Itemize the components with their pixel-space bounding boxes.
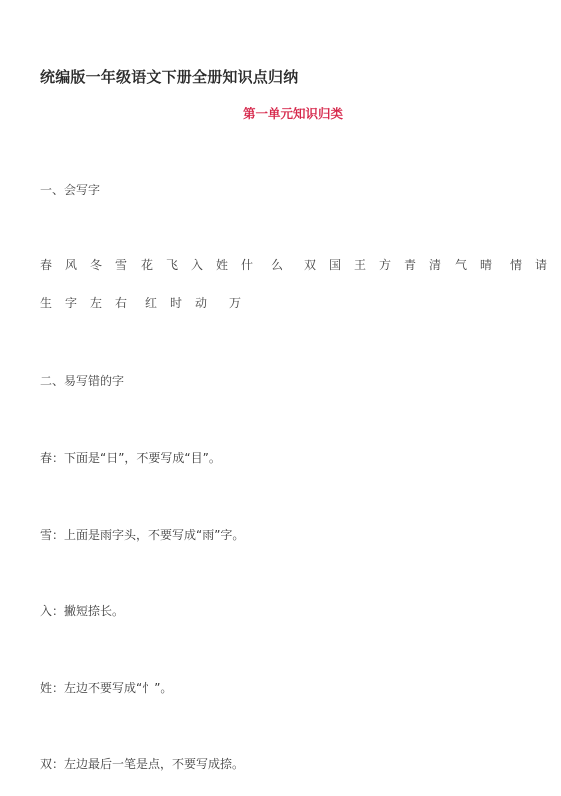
- character-item: 姓: [216, 257, 228, 273]
- character-item: 双: [304, 257, 316, 273]
- character-item: 冬: [90, 257, 102, 273]
- section-heading-writing-characters: 一、会写字: [40, 181, 100, 198]
- character-item: 花: [141, 257, 153, 273]
- character-item: 请: [535, 257, 547, 273]
- character-item: 红: [145, 295, 157, 311]
- note-ru: 入：撇短捺长。: [40, 602, 124, 619]
- note-chun: 春：下面是“日”，不要写成“目”。: [40, 449, 221, 466]
- character-row-1: 春风冬雪花飞入姓什么双国王方青清气晴情请: [0, 257, 561, 273]
- character-item: 雪: [115, 257, 127, 273]
- character-item: 春: [40, 257, 52, 273]
- character-item: 生: [40, 295, 52, 311]
- character-item: 时: [170, 295, 182, 311]
- character-row-2: 生字左右红时动万: [0, 295, 561, 311]
- character-item: 么: [271, 257, 283, 273]
- character-item: 方: [379, 257, 391, 273]
- section-heading-error-prone-characters: 二、易写错的字: [40, 372, 124, 389]
- note-shuang: 双：左边最后一笔是点，不要写成捺。: [40, 755, 244, 772]
- character-item: 情: [510, 257, 522, 273]
- character-item: 清: [429, 257, 441, 273]
- character-item: 青: [404, 257, 416, 273]
- character-item: 右: [115, 295, 127, 311]
- character-item: 风: [65, 257, 77, 273]
- character-item: 王: [354, 257, 366, 273]
- character-item: 国: [329, 257, 341, 273]
- character-item: 左: [90, 295, 102, 311]
- unit-title: 第一单元知识归类: [0, 104, 561, 122]
- character-item: 动: [195, 295, 207, 311]
- note-xing: 姓：左边不要写成“忄”。: [40, 679, 172, 696]
- character-item: 万: [229, 295, 241, 311]
- note-xue: 雪：上面是雨字头，不要写成“雨”字。: [40, 526, 244, 543]
- character-item: 入: [191, 257, 203, 273]
- character-item: 气: [455, 257, 467, 273]
- character-item: 晴: [480, 257, 492, 273]
- character-item: 飞: [166, 257, 178, 273]
- document-title: 统编版一年级语文下册全册知识点归纳: [40, 66, 298, 87]
- character-item: 字: [65, 295, 77, 311]
- character-item: 什: [241, 257, 253, 273]
